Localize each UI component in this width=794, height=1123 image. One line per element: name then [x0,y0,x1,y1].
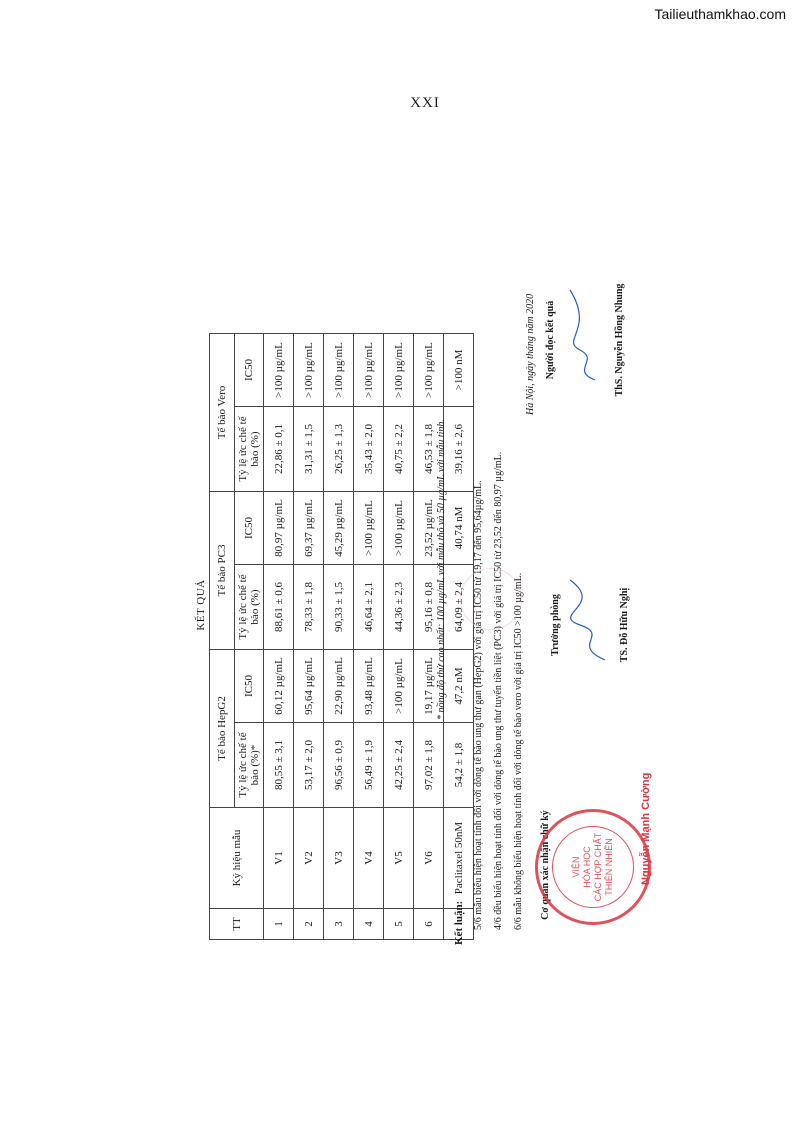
cell-tt: 3 [324,909,354,940]
cell-pc3-pct: 44,36 ± 2,3 [384,565,414,650]
cell-sample: V4 [354,808,384,909]
conclusion-line: 6/6 mẫu không biểu hiện hoạt tính đối vớ… [509,452,529,945]
cell-vero-pct: 35,43 ± 2,0 [354,407,384,492]
cell-vero-ic50: >100 µg/mL [294,334,324,407]
cell-hepg2-ic50: >100 µg/mL [384,650,414,723]
stamp-text: CÁC HỢP CHẤT [593,833,604,902]
cell-vero-ic50: >100 µg/mL [354,334,384,407]
cell-hepg2-pct: 97,02 ± 1,8 [414,723,444,808]
header-hepg2-ic50: IC50 [235,650,264,723]
header-vero-ic50: IC50 [235,334,264,407]
cell-sample: V2 [294,808,324,909]
header-tt: TT [210,909,264,940]
cell-hepg2-pct: 56,49 ± 1,9 [354,723,384,808]
cell-vero-ic50: >100 µg/mL [384,334,414,407]
reader-name: ThS. Nguyễn Hồng Nhung [614,265,625,415]
cell-hepg2-ic50: 93,48 µg/mL [354,650,384,723]
header-vero-pct: Tỷ lệ ức chế tế bào (%) [235,407,264,492]
cell-pc3-ic50: 45,29 µg/mL [324,492,354,565]
header-hepg2: Tế bào HepG2 [210,650,235,808]
cell-vero-ic50: >100 µg/mL [414,334,444,407]
header-hepg2-pct: Tỷ lệ ức chế tế bào (%)* [235,723,264,808]
table-row: 2V253,17 ± 2,095,64 µg/mL78,33 ± 1,869,3… [294,334,324,940]
cell-vero-ic50: >100 µg/mL [264,334,294,407]
rotated-content: KẾT QUẢ TT Ký hiệu mẫu Tế bào HepG2 Tế b… [195,265,705,945]
header-sample: Ký hiệu mẫu [210,808,264,909]
cell-hepg2-ic50: 60,12 µg/mL [264,650,294,723]
cell-sample: V5 [384,808,414,909]
conclusion-line: 5/6 mẫu biểu hiện hoạt tính đối với dòng… [469,452,489,945]
reader-role: Người đọc kết quả [545,265,556,415]
header-pc3: Tế bào PC3 [210,492,235,650]
header-pc3-pct: Tỷ lệ ức chế tế bào (%) [235,565,264,650]
cell-vero-ic50: >100 µg/mL [324,334,354,407]
cell-pc3-ic50: 69,37 µg/mL [294,492,324,565]
cell-vero-pct: 22,86 ± 0,1 [264,407,294,492]
signature-icon [560,285,610,385]
cell-vero-pct: 40,75 ± 2,2 [384,407,414,492]
watermark-site: Tailieuthamkhao.com [654,6,786,22]
cell-pc3-ic50: >100 µg/mL [384,492,414,565]
cell-hepg2-pct: 53,17 ± 2,0 [294,723,324,808]
cell-vero-pct: 26,25 ± 1,3 [324,407,354,492]
table-row: 4V456,49 ± 1,993,48 µg/mL46,64 ± 2,1>100… [354,334,384,940]
stamp-text: VIỆN [571,857,582,878]
cell-hepg2-pct: 42,25 ± 2,4 [384,723,414,808]
table-row: 1V180,55 ± 3,160,12 µg/mL88,61 ± 0,680,9… [264,334,294,940]
signature-icon [565,575,615,665]
table-row: 3V396,56 ± 0,922,90 µg/mL90,33 ± 1,545,2… [324,334,354,940]
faint-stamp-icon [460,568,522,630]
cell-tt: 4 [354,909,384,940]
cell-sample: V1 [264,808,294,909]
conclusion-heading: Kết luận: [449,452,469,945]
signature-date: Hà Nội, ngày tháng năm 2020 [525,294,536,415]
header-vero: Tế bào Vero [210,334,235,492]
cell-hepg2-ic50: 22,90 µg/mL [324,650,354,723]
conclusion: Kết luận: 5/6 mẫu biểu hiện hoạt tính đố… [449,452,529,945]
cell-vero-ic50: >100 nM [444,334,474,407]
cell-pc3-pct: 46,64 ± 2,1 [354,565,384,650]
results-table: TT Ký hiệu mẫu Tế bào HepG2 Tế bào PC3 T… [209,333,474,940]
cell-hepg2-pct: 96,56 ± 0,9 [324,723,354,808]
official-stamp-icon: VIỆN HÓA HỌC CÁC HỢP CHẤT THIÊN NHIÊN [535,809,651,925]
cell-pc3-ic50: 80,97 µg/mL [264,492,294,565]
table-row: 5V542,25 ± 2,4>100 µg/mL44,36 ± 2,3>100 … [384,334,414,940]
cell-pc3-ic50: >100 µg/mL [354,492,384,565]
cell-vero-pct: 31,31 ± 1,5 [294,407,324,492]
cell-tt: 2 [294,909,324,940]
page-title: KẾT QUẢ [195,265,207,945]
cell-sample: V3 [324,808,354,909]
stamp-text: HÓA HỌC [582,846,593,888]
cell-pc3-pct: 90,33 ± 1,5 [324,565,354,650]
cell-tt: 5 [384,909,414,940]
page-number: XXI [0,95,794,112]
cell-tt: 1 [264,909,294,940]
confirm-name: Nguyễn Mạnh Cường [640,773,652,885]
conclusion-line: 4/6 đều biểu hiện hoạt tính đối với dòng… [489,452,509,945]
cell-pc3-pct: 78,33 ± 1,8 [294,565,324,650]
stamp-text: THIÊN NHIÊN [604,838,615,896]
cell-hepg2-pct: 80,55 ± 3,1 [264,723,294,808]
head-role: Trưởng phòng [550,555,561,695]
header-pc3-ic50: IC50 [235,492,264,565]
cell-pc3-pct: 88,61 ± 0,6 [264,565,294,650]
cell-tt: 6 [414,909,444,940]
footnote: * nồng độ thử cao nhất: 100 µg/mL với mẫ… [436,419,447,720]
cell-hepg2-ic50: 95,64 µg/mL [294,650,324,723]
head-name: TS. Đỗ Hữu Nghị [619,555,630,695]
cell-sample: V6 [414,808,444,909]
